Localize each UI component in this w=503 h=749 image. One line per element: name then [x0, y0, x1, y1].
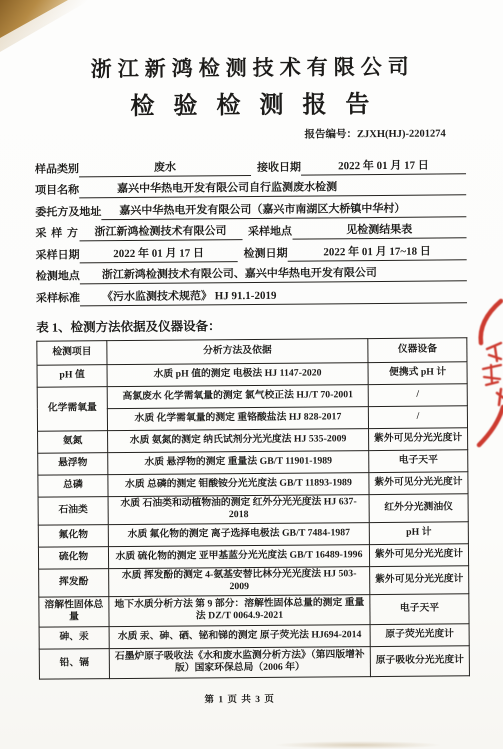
company-name: 浙江新鸿检测技术有限公司 — [34, 50, 465, 83]
field-row-client: 委托方及地址 嘉兴中华热电开发有限公司（嘉兴市南湖区大桥镇中华村） — [35, 195, 466, 220]
project-name-value: 嘉兴中华热电开发有限公司自行监测废水检测 — [79, 177, 466, 198]
cell-method: 水质 化学需氧量的测定 重铬酸盐法 HJ 828-2017 — [107, 406, 368, 430]
scanned-report-page: 浙江新鸿检测技术有限公司 检验检测报告 报告编号：ZJXH(HJ)-220127… — [0, 0, 503, 749]
cell-instrument: 便携式 pH 计 — [368, 361, 467, 384]
cell-instrument: 紫外可见分光光度计 — [369, 543, 468, 566]
cell-method: 水质 氨氮的测定 纳氏试剂分光光度法 HJ 535-2009 — [108, 428, 369, 452]
cell-instrument: 电子天平 — [369, 449, 468, 472]
project-name-label: 项目名称 — [35, 181, 79, 198]
cell-item: 硫化物 — [38, 546, 108, 569]
cell-method: 水质 总磷的测定 钼酸铵分光光度法 GB/T 11893-1989 — [108, 472, 369, 496]
field-row-project: 项目名称 嘉兴中华热电开发有限公司自行监测废水检测 — [35, 174, 466, 199]
cell-item: 氟化物 — [38, 524, 108, 547]
paper-edge-shadow — [273, 741, 443, 749]
cell-item: pH 值 — [37, 364, 107, 387]
report-paper: 浙江新鸿检测技术有限公司 检验检测报告 报告编号：ZJXH(HJ)-220127… — [0, 0, 503, 749]
page-number: 第 1 页 共 3 页 — [3, 689, 476, 707]
cell-instrument: 紫外可见分光光度计 — [369, 471, 468, 494]
cell-instrument: pH 计 — [369, 521, 468, 544]
sampling-standard-label: 采样标准 — [36, 289, 80, 306]
cell-method: 地下水质分析方法 第 9 部分：溶解性固体总量的测定 重量法 DZ/T 0064… — [109, 594, 370, 626]
cell-item: 挥发酚 — [39, 568, 109, 597]
receive-date-label: 接收日期 — [257, 158, 301, 175]
col-header-instrument: 仪器设备 — [368, 337, 467, 362]
table-row: 石油类 水质 石油类和动植物油的测定 红外分光光度法 HJ 637-2018 红… — [38, 493, 468, 524]
field-row-sampler: 采 样 方 浙江新鸿检测技术有限公司 采样地点 见检测结果表 — [35, 217, 466, 242]
red-seal-fragment-icon — [467, 297, 503, 449]
report-title: 检验检测报告 — [34, 83, 465, 121]
cell-instrument: 电子天平 — [370, 593, 469, 624]
sampler-value: 浙江新鸿检测技术有限公司 — [79, 222, 242, 241]
cell-instrument: 紫外可见分光光度计 — [370, 565, 469, 594]
sampling-date-label: 采样日期 — [36, 246, 80, 263]
cell-instrument: 红外分光测油仪 — [369, 493, 468, 522]
sampling-site-label: 采样地点 — [248, 223, 292, 240]
sampler-label: 采 样 方 — [35, 224, 79, 241]
cell-instrument: / — [368, 383, 467, 406]
test-site-value: 浙江新鸿检测技术有限公司、嘉兴中华热电开发有限公司 — [80, 263, 467, 284]
field-row-standard: 采样标准 《污水监测技术规范》 HJ 91.1-2019 — [36, 281, 467, 306]
cell-item: 铅、镉 — [39, 648, 109, 679]
table-row: 铅、镉 石墨炉原子吸收法《水和废水监测分析方法》（第四版增补版）国家环保总局（2… — [39, 645, 469, 678]
methods-instruments-table: 检测项目 分析方法及依据 仪器设备 pH 值 水质 pH 值的测定 电极法 HJ… — [36, 337, 470, 679]
cell-instrument: / — [368, 405, 467, 428]
sample-type-value: 废水 — [79, 158, 251, 177]
cell-instrument: 紫外可见分光光度计 — [369, 427, 468, 450]
table-caption: 表 1、检测方法依据及仪器设备： — [36, 314, 467, 335]
test-date-label: 检测日期 — [244, 244, 288, 261]
test-date-value: 2022 年 01 月 17~18 日 — [288, 242, 467, 261]
receive-date-value: 2022 年 01 月 17 日 — [301, 156, 466, 175]
sampling-date-value: 2022 年 01 月 17 日 — [80, 244, 238, 263]
field-row-dates: 采样日期 2022 年 01 月 17 日 检测日期 2022 年 01 月 1… — [36, 238, 467, 263]
sample-type-label: 样品类别 — [35, 160, 79, 177]
cell-instrument: 原子荧光光度计 — [370, 623, 469, 646]
client-address-label: 委托方及地址 — [35, 203, 101, 221]
table-row: 挥发酚 水质 挥发酚的测定 4-氨基安替比林分光光度法 HJ 503-2009 … — [39, 565, 469, 596]
field-row-sample-type: 样品类别 废水 接收日期 2022 年 01 月 17 日 — [35, 152, 466, 177]
cell-item: 砷、汞 — [39, 626, 109, 649]
cell-instrument: 原子吸收分光光度计 — [370, 645, 469, 676]
sampling-standard-value: 《污水监测技术规范》 HJ 91.1-2019 — [80, 285, 467, 306]
table-row: 溶解性固体总量 地下水质分析方法 第 9 部分：溶解性固体总量的测定 重量法 D… — [39, 593, 469, 626]
cell-method: 水质 pH 值的测定 电极法 HJ 1147-2020 — [107, 362, 368, 386]
cell-method: 高氯废水 化学需氧量的测定 氯气校正法 HJ/T 70-2001 — [107, 384, 368, 408]
cell-item: 化学需氧量 — [37, 386, 107, 431]
field-row-test-site: 检测地点 浙江新鸿检测技术有限公司、嘉兴中华热电开发有限公司 — [36, 260, 467, 285]
cell-item: 总磷 — [38, 474, 108, 497]
report-number-label: 报告编号： — [304, 129, 357, 140]
cell-item: 石油类 — [38, 496, 108, 525]
report-info-fields: 样品类别 废水 接收日期 2022 年 01 月 17 日 项目名称 嘉兴中华热… — [35, 152, 467, 306]
table-header-row: 检测项目 分析方法及依据 仪器设备 — [37, 337, 467, 364]
cell-method: 石墨炉原子吸收法《水和废水监测分析方法》（第四版增补版）国家环保总局（2006 … — [109, 646, 370, 678]
cell-item: 氨氮 — [38, 430, 108, 453]
cell-method: 水质 石油类和动植物油的测定 红外分光光度法 HJ 637-2018 — [108, 494, 369, 524]
cell-method: 水质 汞、砷、硒、铋和锑的测定 原子荧光法 HJ694-2014 — [109, 624, 370, 648]
cell-item: 溶解性固体总量 — [39, 596, 109, 627]
report-number-line: 报告编号：ZJXH(HJ)-2201274 — [35, 125, 466, 143]
col-header-item: 检测项目 — [37, 340, 107, 365]
cell-method: 水质 氟化物的测定 离子选择电极法 GB/T 7484-1987 — [108, 522, 369, 546]
cell-method: 水质 悬浮物的测定 重量法 GB/T 11901-1989 — [108, 450, 369, 474]
cell-item: 悬浮物 — [38, 452, 108, 475]
col-header-method: 分析方法及依据 — [107, 338, 368, 364]
client-address-value: 嘉兴中华热电开发有限公司（嘉兴市南湖区大桥镇中华村） — [101, 199, 466, 220]
report-number-value: ZJXH(HJ)-2201274 — [357, 128, 446, 140]
cell-method: 水质 硫化物的测定 亚甲基蓝分光光度法 GB/T 16489-1996 — [108, 544, 369, 568]
cell-method: 水质 挥发酚的测定 4-氨基安替比林分光光度法 HJ 503-2009 — [109, 566, 370, 596]
test-site-label: 检测地点 — [36, 267, 80, 284]
sampling-site-value: 见检测结果表 — [292, 220, 467, 239]
